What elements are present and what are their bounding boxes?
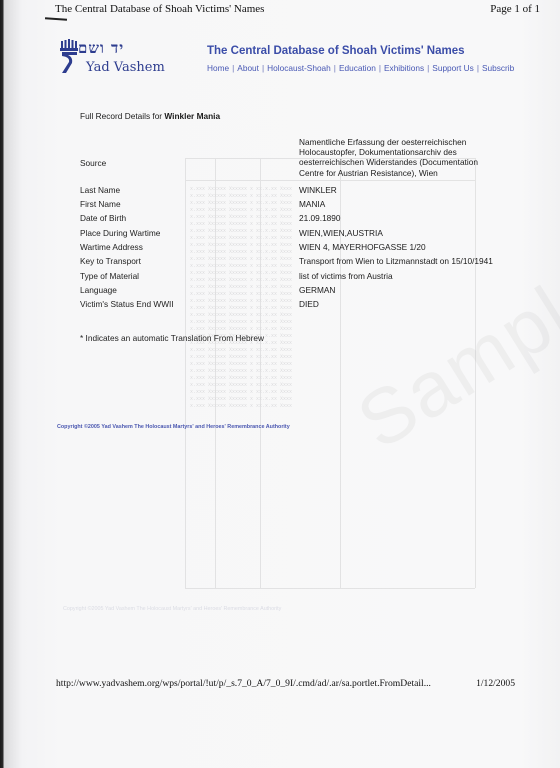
field-value-line: Centre for Austrian Resistance), Wien [299,168,478,178]
nav-link-home[interactable]: Home [207,63,229,73]
copyright-ghost-bleed: Copyright ©2005 Yad Vashem The Holocaust… [63,606,281,612]
yad-vashem-logo[interactable]: יד ושם Yad Vashem [58,39,178,79]
scanned-page: x.xxx Xxxxxx Xxxxxx x xx.x.xx Xxxxx.xxx … [0,0,560,768]
field-value-line: Holocaustopfer, Dokumentationsarchiv des [299,147,478,157]
logo-english-text: Yad Vashem [86,60,165,75]
field-label-date-of-birth: Date of Birth [80,213,126,223]
field-value-line: oesterreichischen Widerstandes (Document… [299,157,478,167]
nav-link-exhibitions[interactable]: Exhibitions [384,63,424,73]
field-label-wartime-address: Wartime Address [80,242,143,252]
field-value-wartime-address: WIEN 4, MAYERHOFGASSE 1/20 [299,242,426,252]
field-value-line: GERMAN [299,285,335,295]
nav-separator: | [334,63,336,73]
copyright-notice: Copyright ©2005 Yad Vashem The Holocaust… [57,424,290,430]
field-value-line: WIEN 4, MAYERHOFGASSE 1/20 [299,242,426,252]
field-value-key-to-transport: Transport from Wien to Litzmannstadt on … [299,256,493,266]
nav-separator: | [262,63,264,73]
field-value-last-name: WINKLER [299,185,337,195]
nav-link-support-us[interactable]: Support Us [432,63,474,73]
translation-footnote: * Indicates an automatic Translation Fro… [80,333,264,343]
field-value-first-name: MANIA [299,199,325,209]
print-header-title: The Central Database of Shoah Victims' N… [55,3,264,15]
field-label-type-of-material: Type of Material [80,271,139,281]
print-footer-date: 1/12/2005 [476,678,515,689]
record-heading: Full Record Details for Winkler Mania [80,111,220,121]
field-label-key-to-transport: Key to Transport [80,256,141,266]
record-person-name: Winkler Mania [164,111,220,121]
field-value-line: list of victims from Austria [299,271,393,281]
field-value-line: Namentliche Erfassung der oesterreichisc… [299,137,478,147]
logo-hebrew-text: יד ושם [78,39,124,58]
site-title: The Central Database of Shoah Victims' N… [207,45,465,57]
nav-separator: | [427,63,429,73]
field-label-language: Language [80,285,117,295]
field-value-line: 21.09.1890 [299,213,341,223]
field-value-line: WINKLER [299,185,337,195]
field-value-language: GERMAN [299,285,335,295]
field-value-place-during-wartime: WIEN,WIEN,AUSTRIA [299,228,383,238]
page-indicator: Page 1 of 1 [490,3,540,15]
print-footer-url: http://www.yadvashem.org/wps/portal/!ut/… [56,678,431,689]
nav-separator: | [477,63,479,73]
nav-separator: | [232,63,234,73]
field-value-line: MANIA [299,199,325,209]
field-label-victim-s-status-end-wwii: Victim's Status End WWII [80,299,174,309]
field-label-source: Source [80,158,106,168]
record-heading-prefix: Full Record Details for [80,111,164,121]
field-value-victim-s-status-end-wwii: DIED [299,299,319,309]
nav-link-about[interactable]: About [237,63,259,73]
field-label-last-name: Last Name [80,185,120,195]
pen-mark [45,17,67,21]
field-value-line: DIED [299,299,319,309]
nav-link-holocaust-shoah[interactable]: Holocaust-Shoah [267,63,331,73]
field-value-date-of-birth: 21.09.1890 [299,213,341,223]
nav-separator: | [379,63,381,73]
print-header: The Central Database of Shoah Victims' N… [55,3,540,17]
field-value-type-of-material: list of victims from Austria [299,271,393,281]
nav-link-subscrib[interactable]: Subscrib [482,63,514,73]
nav-link-education[interactable]: Education [339,63,376,73]
field-value-source: Namentliche Erfassung der oesterreichisc… [299,137,478,178]
field-label-first-name: First Name [80,199,121,209]
field-value-line: Transport from Wien to Litzmannstadt on … [299,256,493,266]
field-value-line: WIEN,WIEN,AUSTRIA [299,228,383,238]
field-label-place-during-wartime: Place During Wartime [80,228,160,238]
main-nav: Home|About|Holocaust-Shoah|Education|Exh… [207,63,514,73]
